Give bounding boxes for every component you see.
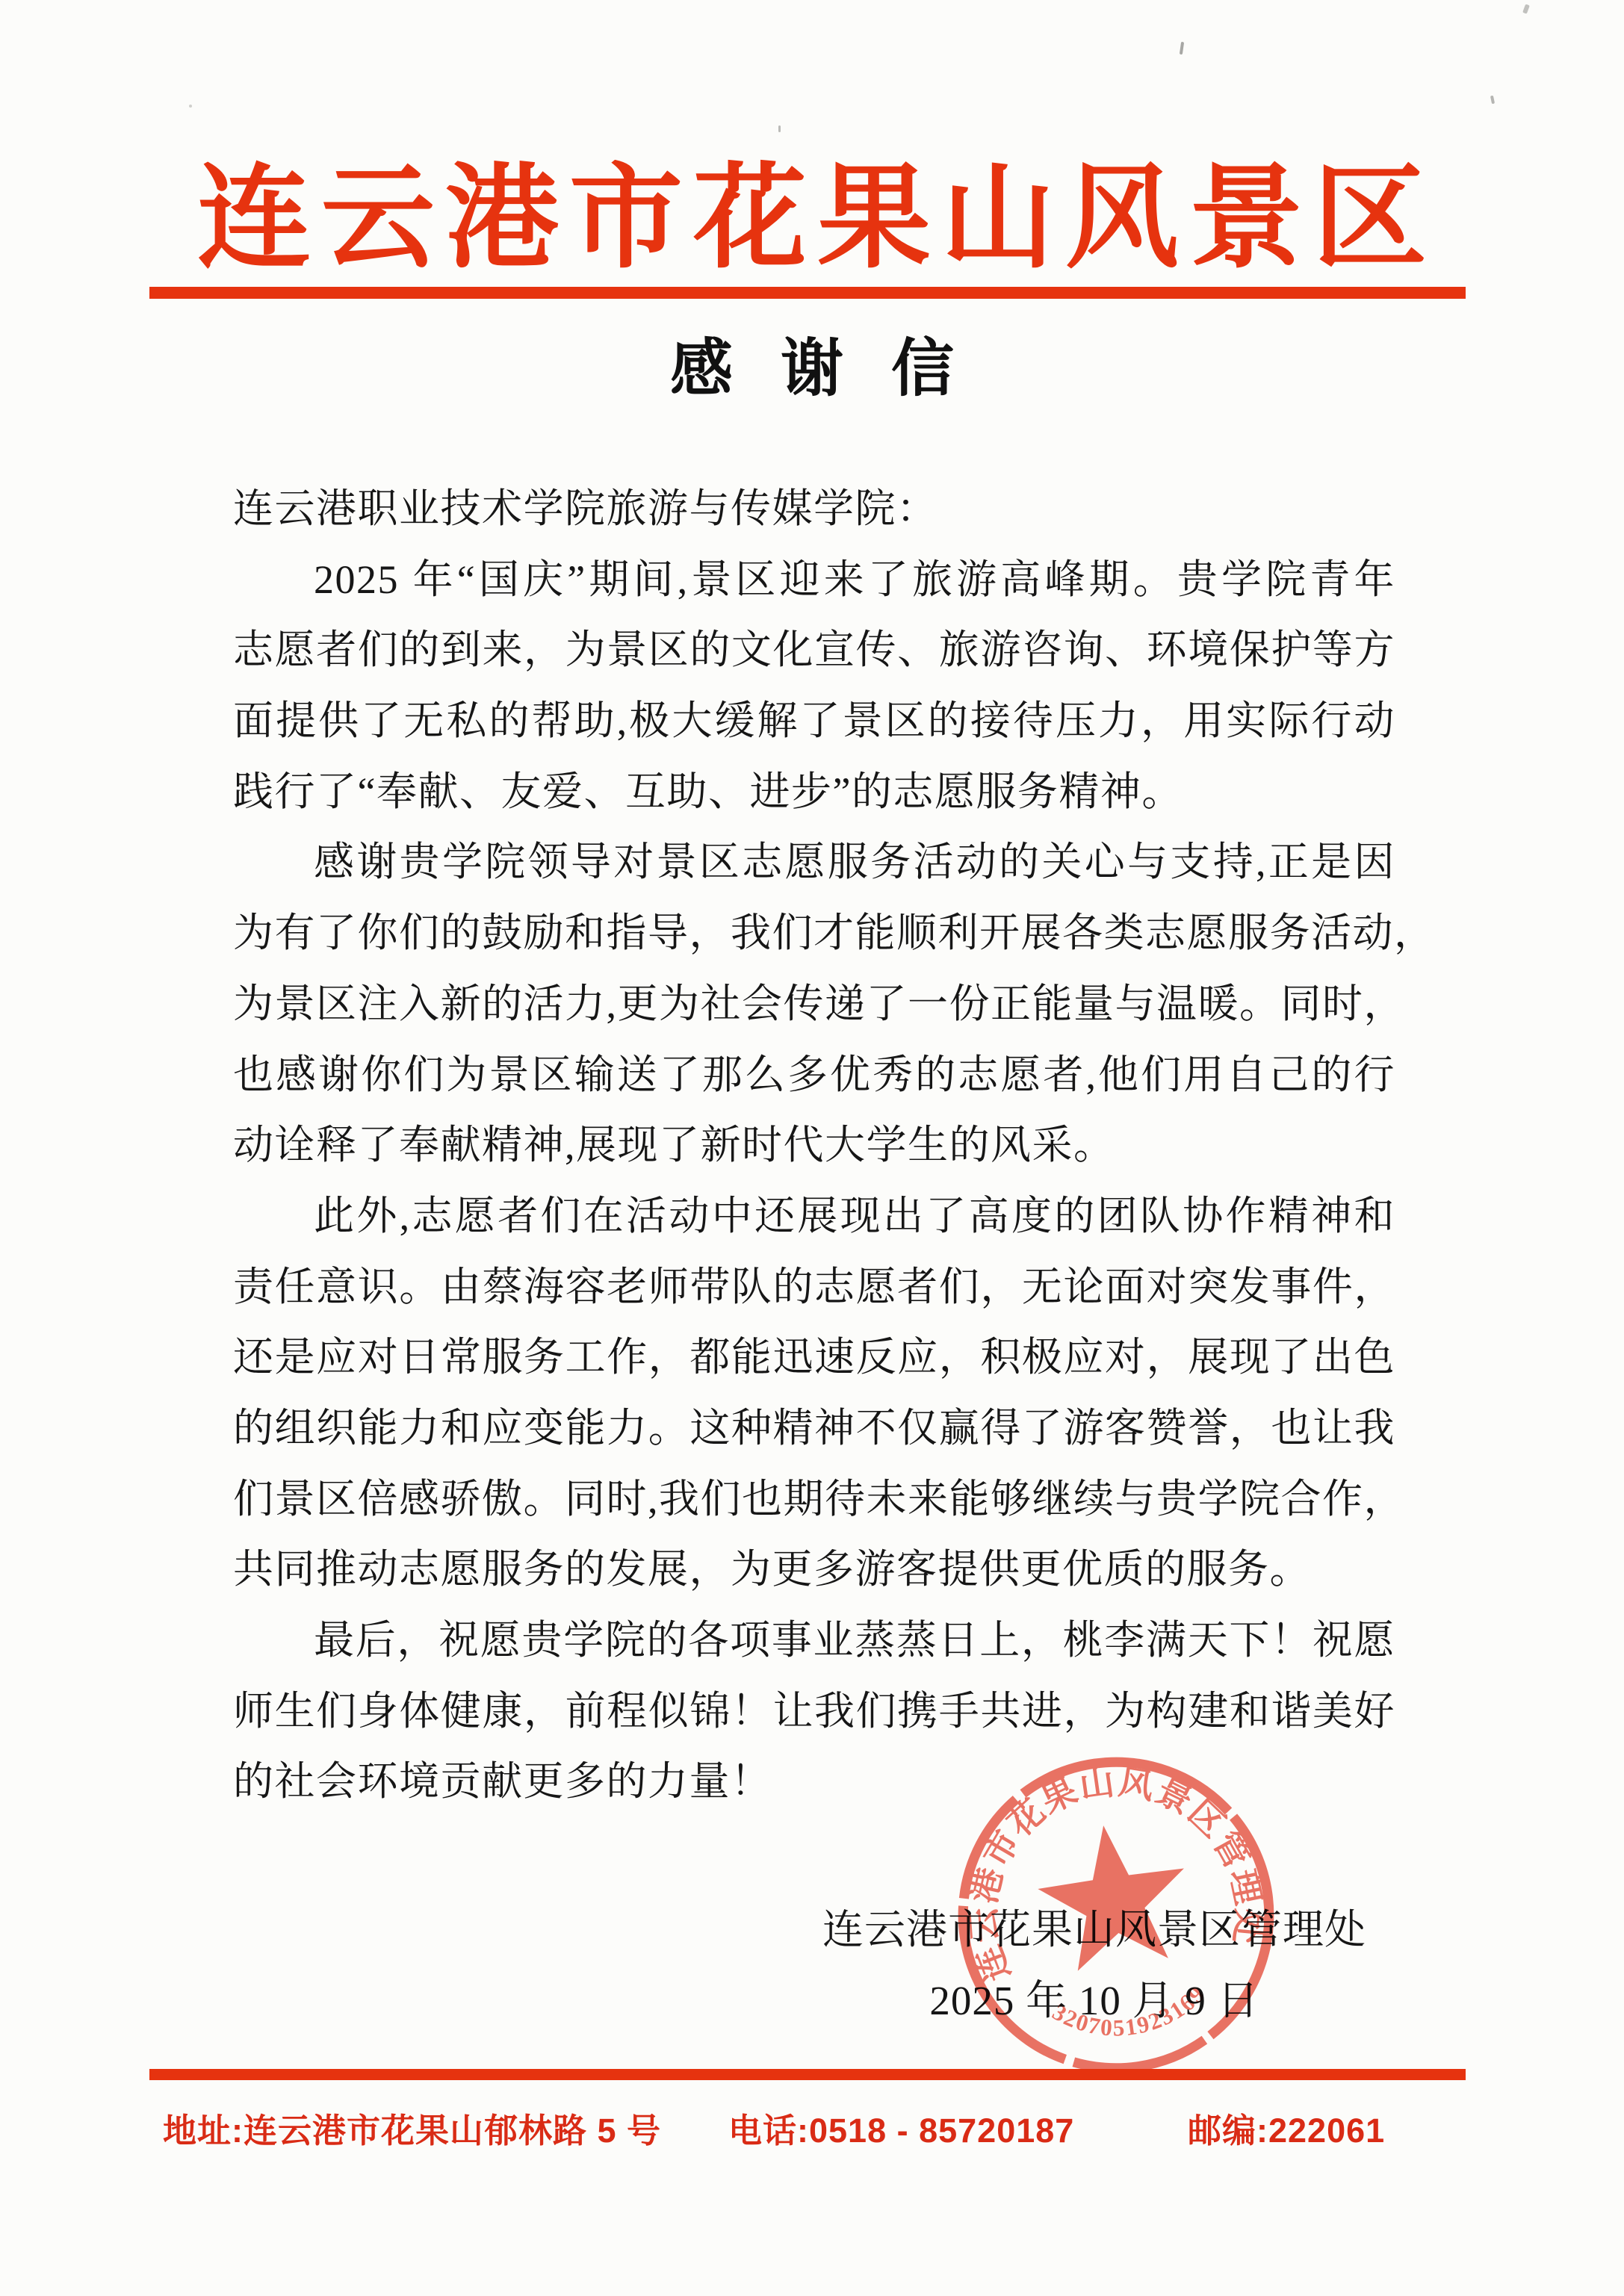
letter-type-title: 感谢信 (0, 318, 1624, 409)
body-line: 践行了“奉献、友爱、互助、进步”的志愿服务精神。 (233, 757, 1395, 828)
scan-speck (189, 105, 192, 108)
signature-date: 2025 年 10 月 9 日 (818, 1965, 1371, 2036)
body-line: 为有了你们的鼓励和指导，我们才能顺利开展各类志愿服务活动， (233, 898, 1395, 969)
body-line: 们景区倍感骄傲。同时,我们也期待未来能够继续与贵学院合作， (233, 1464, 1395, 1535)
scan-speck (1522, 4, 1530, 13)
body-line: 责任意识。由蔡海容老师带队的志愿者们，无论面对突发事件， (233, 1252, 1395, 1323)
body-line: 动诠释了奉献精神,展现了新时代大学生的风采。 (233, 1110, 1395, 1181)
footer-phone: 电话:0518 - 85720187 (728, 2103, 1074, 2152)
footer-postal: 邮编:222061 (1188, 2103, 1385, 2152)
signature-org: 连云港市花果山风景区管理处 (818, 1894, 1371, 1965)
signature-block: 连云港市花果山风景区管理处 2025 年 10 月 9 日 (818, 1894, 1371, 2036)
letter-page: 连云港市花果山风景区 感谢信 连云港职业技术学院旅游与传媒学院： 2025 年“… (0, 0, 1624, 2296)
letterhead-title: 连云港市花果山风景区 (0, 154, 1624, 285)
body-line: 的组织能力和应变能力。这种精神不仅赢得了游客赞誉，也让我 (233, 1393, 1395, 1464)
footer-divider (149, 2069, 1466, 2080)
body-line: 也感谢你们为景区输送了那么多优秀的志愿者,他们用自己的行 (233, 1040, 1395, 1111)
body-line: 的社会环境贡献更多的力量！ (233, 1746, 1395, 1817)
body-line: 志愿者们的到来，为景区的文化宣传、旅游咨询、环境保护等方 (233, 615, 1395, 686)
footer-address: 地址:连云港市花果山郁林路 5 号 (163, 2103, 661, 2152)
body-line: 还是应对日常服务工作，都能迅速反应，积极应对，展现了出色 (233, 1322, 1395, 1393)
letter-body: 连云港职业技术学院旅游与传媒学院： 2025 年“国庆”期间,景区迎来了旅游高峰… (233, 474, 1395, 1817)
salutation: 连云港职业技术学院旅游与传媒学院： (233, 474, 1395, 544)
body-line: 面提供了无私的帮助,极大缓解了景区的接待压力，用实际行动 (233, 686, 1395, 757)
body-line: 师生们身体健康，前程似锦！让我们携手共进，为构建和谐美好 (233, 1676, 1395, 1747)
body-line: 共同推动志愿服务的发展，为更多游客提供更优质的服务。 (233, 1534, 1395, 1605)
body-line: 此外,志愿者们在活动中还展现出了高度的团队协作精神和 (233, 1181, 1395, 1252)
letterhead-divider (149, 287, 1466, 299)
scan-speck (778, 125, 781, 132)
body-line: 为景区注入新的活力,更为社会传递了一份正能量与温暖。同时， (233, 969, 1395, 1040)
body-line: 2025 年“国庆”期间,景区迎来了旅游高峰期。贵学院青年 (233, 544, 1395, 615)
body-line: 感谢贵学院领导对景区志愿服务活动的关心与支持,正是因 (233, 827, 1395, 898)
body-line: 最后，祝愿贵学院的各项事业蒸蒸日上，桃李满天下！祝愿 (233, 1605, 1395, 1676)
scan-speck (1180, 42, 1184, 55)
scan-speck (1490, 96, 1495, 105)
